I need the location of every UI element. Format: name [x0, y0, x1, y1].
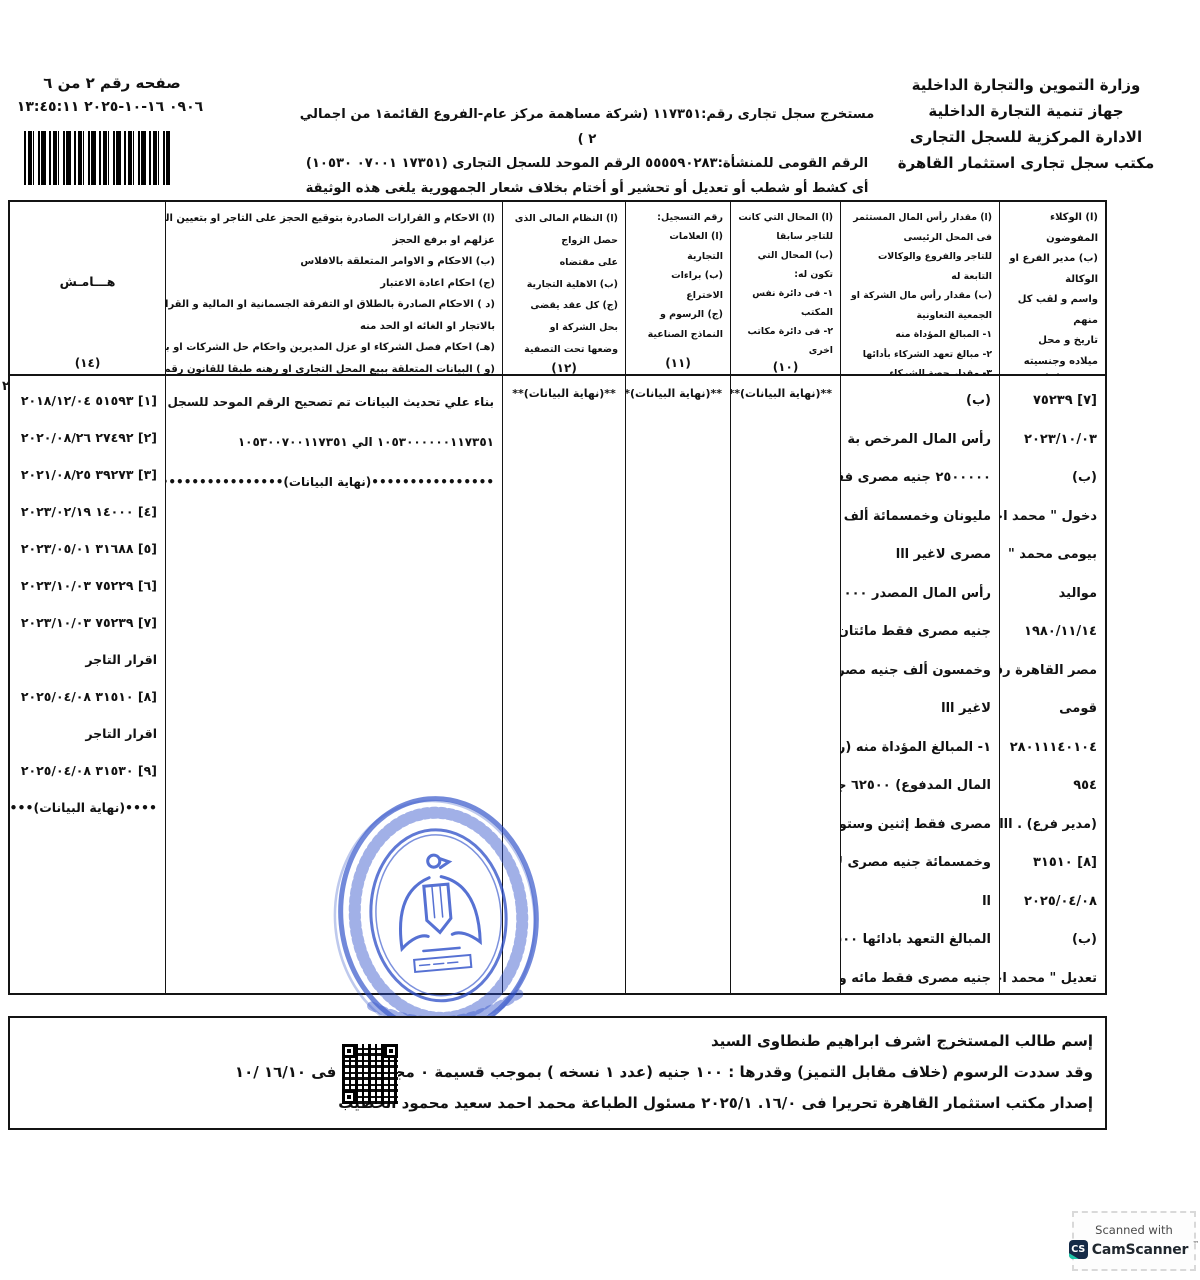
header-text-col12: (ا) النظام المالى الذى حصل الزواجعلى مقت…: [510, 208, 618, 361]
header-line: واسم و لقب كل منهم: [1007, 290, 1098, 331]
header-line: (ا) النظام المالى الذى حصل الزواج: [510, 208, 618, 252]
document-title-line: أى كشط أو شطب أو تعديل أو تحشير أو أختام…: [298, 177, 876, 202]
document-scan: { "colors": { "stamp_blue": "#2a4cc7", "…: [0, 0, 1200, 1280]
document-title-line: الرقم القومى للمنشأة:٥٥٥٥٩٠٢٨٣ الرقم الم…: [298, 152, 876, 177]
margin-entry: [١] ٥١٥٩٣ ٢٠١٨/١٢/٠٤: [18, 382, 157, 419]
header-line: ٣- مقدار حصة الشركاء الموصين: [848, 364, 992, 376]
eagle-emblem: [394, 852, 483, 973]
capital-entry: رأس المال المصدر ٢٥٠٠٠٠: [849, 575, 991, 614]
registry-table: (ا) الوكلاء المفوضون(ب) مدير الفرع او ال…: [8, 200, 1107, 995]
ministry-header-line: جهاز تنمية التجارة الداخلية: [866, 98, 1186, 124]
agents-entry: (مدير فرع) . ااا: [1008, 806, 1097, 845]
capital-entry: ١- المبالغ المؤداة منه (رأس: [849, 729, 991, 768]
ministry-header-line: الادارة المركزية للسجل التجارى: [866, 124, 1186, 150]
ministry-header-line: مكتب سجل تجارى استثمار القاهرة: [866, 150, 1186, 176]
agents-entry: ٢٨٠١١١٤٠١٠٤: [1008, 729, 1097, 768]
column-number-10: (١٠): [738, 360, 833, 376]
camscanner-brand-name: CamScanner: [1092, 1242, 1188, 1258]
capital-entry: وخمسون ألف جنيه مصرى: [849, 652, 991, 691]
body-cell-col9: (ب)رأس المال المرخص بة٢٥٠٠٠٠٠ جنيه مصرى …: [840, 376, 999, 993]
agents-entry: (ب): [1008, 921, 1097, 960]
header-line: (ج) الرسوم و النماذج الصناعية: [633, 305, 723, 344]
premises-entry: **(نهاية البيانات)**: [739, 382, 832, 406]
capital-entry: مصرى لاغير ااا: [849, 536, 991, 575]
column-number-11: (١١): [633, 356, 723, 372]
header-line: (ا) الاحكام و القرارات الصادرة بتوقيع ال…: [173, 208, 495, 230]
header-line: (ا) المحال التي كانت للتاجر سابقا: [738, 208, 833, 246]
header-line: على مقتضاه: [510, 252, 618, 274]
header-line: (ب) مدير الفرع او الوكالة: [1007, 249, 1098, 290]
document-title-line: مستخرج سجل تجارى رقم:١١٧٣٥١ (شركة مساهمة…: [298, 103, 876, 152]
footer-line: وقد سددت الرسوم (خلاف مقابل التميز) وقدر…: [100, 1057, 1093, 1088]
header-text-col9: (ا) مقدار رأس المال المستثمر فى المحل ال…: [848, 208, 992, 376]
agents-entry: [٧] ٧٥٢٣٩: [1008, 382, 1097, 421]
page-number: صفحه رقم ٢ من ٦: [22, 74, 202, 92]
body-cell-col14: [١] ٥١٥٩٣ ٢٠١٨/١٢/٠٤[٢] ٢٧٤٩٢ ٢٠٢٠/٠٨/٢٦…: [10, 376, 165, 993]
judgments-entry: ١٠٥٣٠٠٠٠٠٠١١٧٣٥١ الي ١٠٥٣٠٠٧٠٠١١٧٣٥١: [174, 422, 494, 462]
header-text-col14: هـــامـش: [17, 269, 158, 295]
camscanner-brand-row: CS CamScanner ™: [1069, 1240, 1199, 1259]
body-cell-col11: **(نهاية البيانات)**: [625, 376, 730, 993]
capital-entry: ٢٥٠٠٠٠٠ جنيه مصرى فقط: [849, 459, 991, 498]
margin-entry: ••••(نهاية البيانات)••••: [18, 789, 157, 826]
header-line: (ب) مقدار رأس مال الشركة او الجمعية التع…: [848, 286, 992, 325]
header-line: (ب) الاحكام و الاوامر المتعلقة بالافلاس: [173, 251, 495, 273]
header-line: (ب) الاهلية التجارية: [510, 274, 618, 296]
header-line: (و ) البيانات المتعلقة ببيع المحل التجار…: [173, 359, 495, 377]
scanned-with-label: Scanned with: [1095, 1223, 1173, 1237]
margin-entry: [٤] ١٤٠٠٠ ٢٠٢٣/٠٢/١٩: [18, 493, 157, 530]
issuance-footer: إسم طالب المستخرج اشرف ابراهيم طنطاوى ال…: [8, 1016, 1107, 1130]
agents-entry: دخول " محمد احمد: [1008, 498, 1097, 537]
header-line: تاريخ و محل ميلاده وجنسيته: [1007, 331, 1098, 372]
header-line: ٢- فى دائرة مكاتب اخرى: [738, 322, 833, 360]
print-timestamp: ٠٩٠٦ ١٦-١٠-٢٠٢٥ ١٣:٤٥:١١: [10, 99, 210, 115]
header-line: وضعها تحت التصفية: [510, 339, 618, 361]
camscanner-logo-accent: [1069, 1253, 1079, 1259]
header-text-col8: (ا) الوكلاء المفوضون(ب) مدير الفرع او ال…: [1007, 208, 1098, 372]
header-line: (ا) مقدار رأس المال المستثمر فى المحل ال…: [848, 208, 992, 247]
header-cell-col8: (ا) الوكلاء المفوضون(ب) مدير الفرع او ال…: [999, 202, 1105, 376]
header-line: ٢- مبالغ تعهد الشركاء بأدائها: [848, 345, 992, 365]
column-number-14: (١٤): [17, 356, 158, 372]
header-cell-col11: رقم التسجيل:(ا) العلامات التجارية(ب) برا…: [625, 202, 730, 376]
capital-entry: مصرى فقط إثنين وستون ألف: [849, 806, 991, 845]
header-line: بالاتجار او الغائه او الحد منه: [173, 316, 495, 338]
header-text-col10: (ا) المحال التي كانت للتاجر سابقا(ب) الم…: [738, 208, 833, 360]
header-line: ١- فى دائرة نفس المكتب: [738, 284, 833, 322]
agents-entry: ٢٠٢٣/١٠/٠٣: [1008, 421, 1097, 460]
capital-entry: جنيه مصرى فقط مائتان: [849, 613, 991, 652]
agents-entry: تعديل " محمد احمد: [1008, 960, 1097, 994]
camscanner-badge: Scanned with CS CamScanner ™: [1072, 1211, 1196, 1271]
agents-entry: [٨] ٣١٥١٠: [1008, 844, 1097, 883]
header-cell-col9: (ا) مقدار رأس المال المستثمر فى المحل ال…: [840, 202, 999, 376]
margin-entry: اقرار التاجر: [18, 715, 157, 752]
capital-entry: وخمسمائة جنيه مصرى لاغير ١: [849, 844, 991, 883]
legal-status-entry: **(نهاية البيانات)**: [511, 382, 617, 406]
column-number-12: (١٢): [510, 361, 618, 376]
header-line: (هـ) احكام فصل الشركاء او عزل المديرين و…: [173, 337, 495, 359]
capital-entry: لاغير ااا: [849, 690, 991, 729]
agents-entry: (ب): [1008, 459, 1097, 498]
capital-entry: مليونان وخمسمائة ألف جنيه: [849, 498, 991, 537]
agents-entry: مصر القاهرة رقم: [1008, 652, 1097, 691]
document-title: مستخرج سجل تجارى رقم:١١٧٣٥١ (شركة مساهمة…: [298, 103, 876, 201]
agents-entry: ١٩٨٠/١١/١٤: [1008, 613, 1097, 652]
header-line: عزلهم او برفع الحجز: [173, 230, 495, 252]
capital-entry: اا: [849, 883, 991, 922]
margin-entry: [٨] ٣١٥١٠ ٢٠٢٥/٠٤/٠٨: [18, 678, 157, 715]
agents-entry: ٩٥٤: [1008, 767, 1097, 806]
margin-entry: [٥] ٣١٦٨٨ ٢٠٢٣/٠٥/٠١: [18, 530, 157, 567]
header-cell-col12: (ا) النظام المالى الذى حصل الزواجعلى مقت…: [502, 202, 625, 376]
trademarks-entry: **(نهاية البيانات)**: [634, 382, 722, 406]
margin-entry: [٢] ٢٧٤٩٢ ٢٠٢٠/٠٨/٢٦: [18, 419, 157, 456]
header-line: (ج) احكام اعادة الاعتبار: [173, 273, 495, 295]
header-text-col11: رقم التسجيل:(ا) العلامات التجارية(ب) برا…: [633, 208, 723, 344]
judgments-entry: بناء علي تحديث البيانات تم تصحيح الرقم ا…: [174, 382, 494, 422]
header-line: (ب) براءات الاختراع: [633, 266, 723, 305]
header-cell-col10: (ا) المحال التي كانت للتاجر سابقا(ب) الم…: [730, 202, 840, 376]
header-line: رقم التسجيل:: [633, 208, 723, 227]
header-line: للتاجر والفروع والوكالات التابعة له: [848, 247, 992, 286]
header-line: (ج) كل عقد يقضى بحل الشركة او: [510, 295, 618, 339]
header-cell-col14: هـــامـش (١٤): [10, 202, 165, 376]
capital-entry: المبالغ التعهد بادائها ١٨٧٥٠٠: [849, 921, 991, 960]
capital-entry: المال المدفوع) ٦٢٥٠٠ جنيه: [849, 767, 991, 806]
stamp-ring-text: [346, 806, 530, 1025]
margin-entry: [٩] ٣١٥٣٠ ٢٠٢٥/٠٤/٠٨: [18, 752, 157, 789]
qr-code: [342, 1044, 398, 1104]
margin-entry: [٧] ٧٥٢٣٩ ٢٠٢٣/١٠/٠٣: [18, 604, 157, 641]
ministry-header-line: وزارة التموين والتجارة الداخلية: [866, 72, 1186, 98]
footer-text: إسم طالب المستخرج اشرف ابراهيم طنطاوى ال…: [100, 1026, 1093, 1119]
header-line: ١- المبالغ المؤداة منه: [848, 325, 992, 345]
margin-entry: [٣] ٣٩٢٧٣ ٢٠٢١/٠٨/٢٥: [18, 456, 157, 493]
header-cell-col13: (ا) الاحكام و القرارات الصادرة بتوقيع ال…: [165, 202, 502, 376]
capital-entry: رأس المال المرخص بة: [849, 421, 991, 460]
header-line: (د ) الاحكام الصادرة بالطلاق او التفرقة …: [173, 294, 495, 316]
footer-line: إصدار مكتب استثمار القاهرة تحريرا فى ١٦/…: [100, 1088, 1093, 1119]
barcode: [24, 131, 170, 185]
header-line: هـــامـش: [17, 269, 158, 295]
margin-entry: [٦] ٧٥٢٢٩ ٢٠٢٣/١٠/٠٣: [18, 567, 157, 604]
trademark-symbol: ™: [1192, 1240, 1199, 1248]
agents-entry: ٢٠٢٥/٠٤/٠٨: [1008, 883, 1097, 922]
capital-entry: جنيه مصرى فقط مائه وسبعة: [849, 960, 991, 994]
agents-entry: قومى: [1008, 690, 1097, 729]
agents-entry: مواليد: [1008, 575, 1097, 614]
header-line: (ا) العلامات التجارية: [633, 227, 723, 266]
camscanner-logo-icon: CS: [1069, 1240, 1088, 1259]
agents-entry: بيومى محمد ": [1008, 536, 1097, 575]
footer-line: إسم طالب المستخرج اشرف ابراهيم طنطاوى ال…: [100, 1026, 1093, 1057]
body-cell-col10: **(نهاية البيانات)**: [730, 376, 840, 993]
header-text-col13: (ا) الاحكام و القرارات الصادرة بتوقيع ال…: [173, 208, 495, 376]
header-line: (ب) المحال التي تكون له:: [738, 246, 833, 284]
margin-entry: اقرار التاجر: [18, 641, 157, 678]
capital-entry: (ب): [849, 382, 991, 421]
judgments-entry: ••••••••••••••••(نهاية البيانات)••••••••…: [174, 462, 494, 502]
body-cell-col8: [٧] ٧٥٢٣٩٢٠٢٣/١٠/٠٣(ب)دخول " محمد احمدبي…: [999, 376, 1105, 993]
ministry-header: وزارة التموين والتجارة الداخليةجهاز تنمي…: [866, 72, 1186, 176]
header-line: (ا) الوكلاء المفوضون: [1007, 208, 1098, 249]
